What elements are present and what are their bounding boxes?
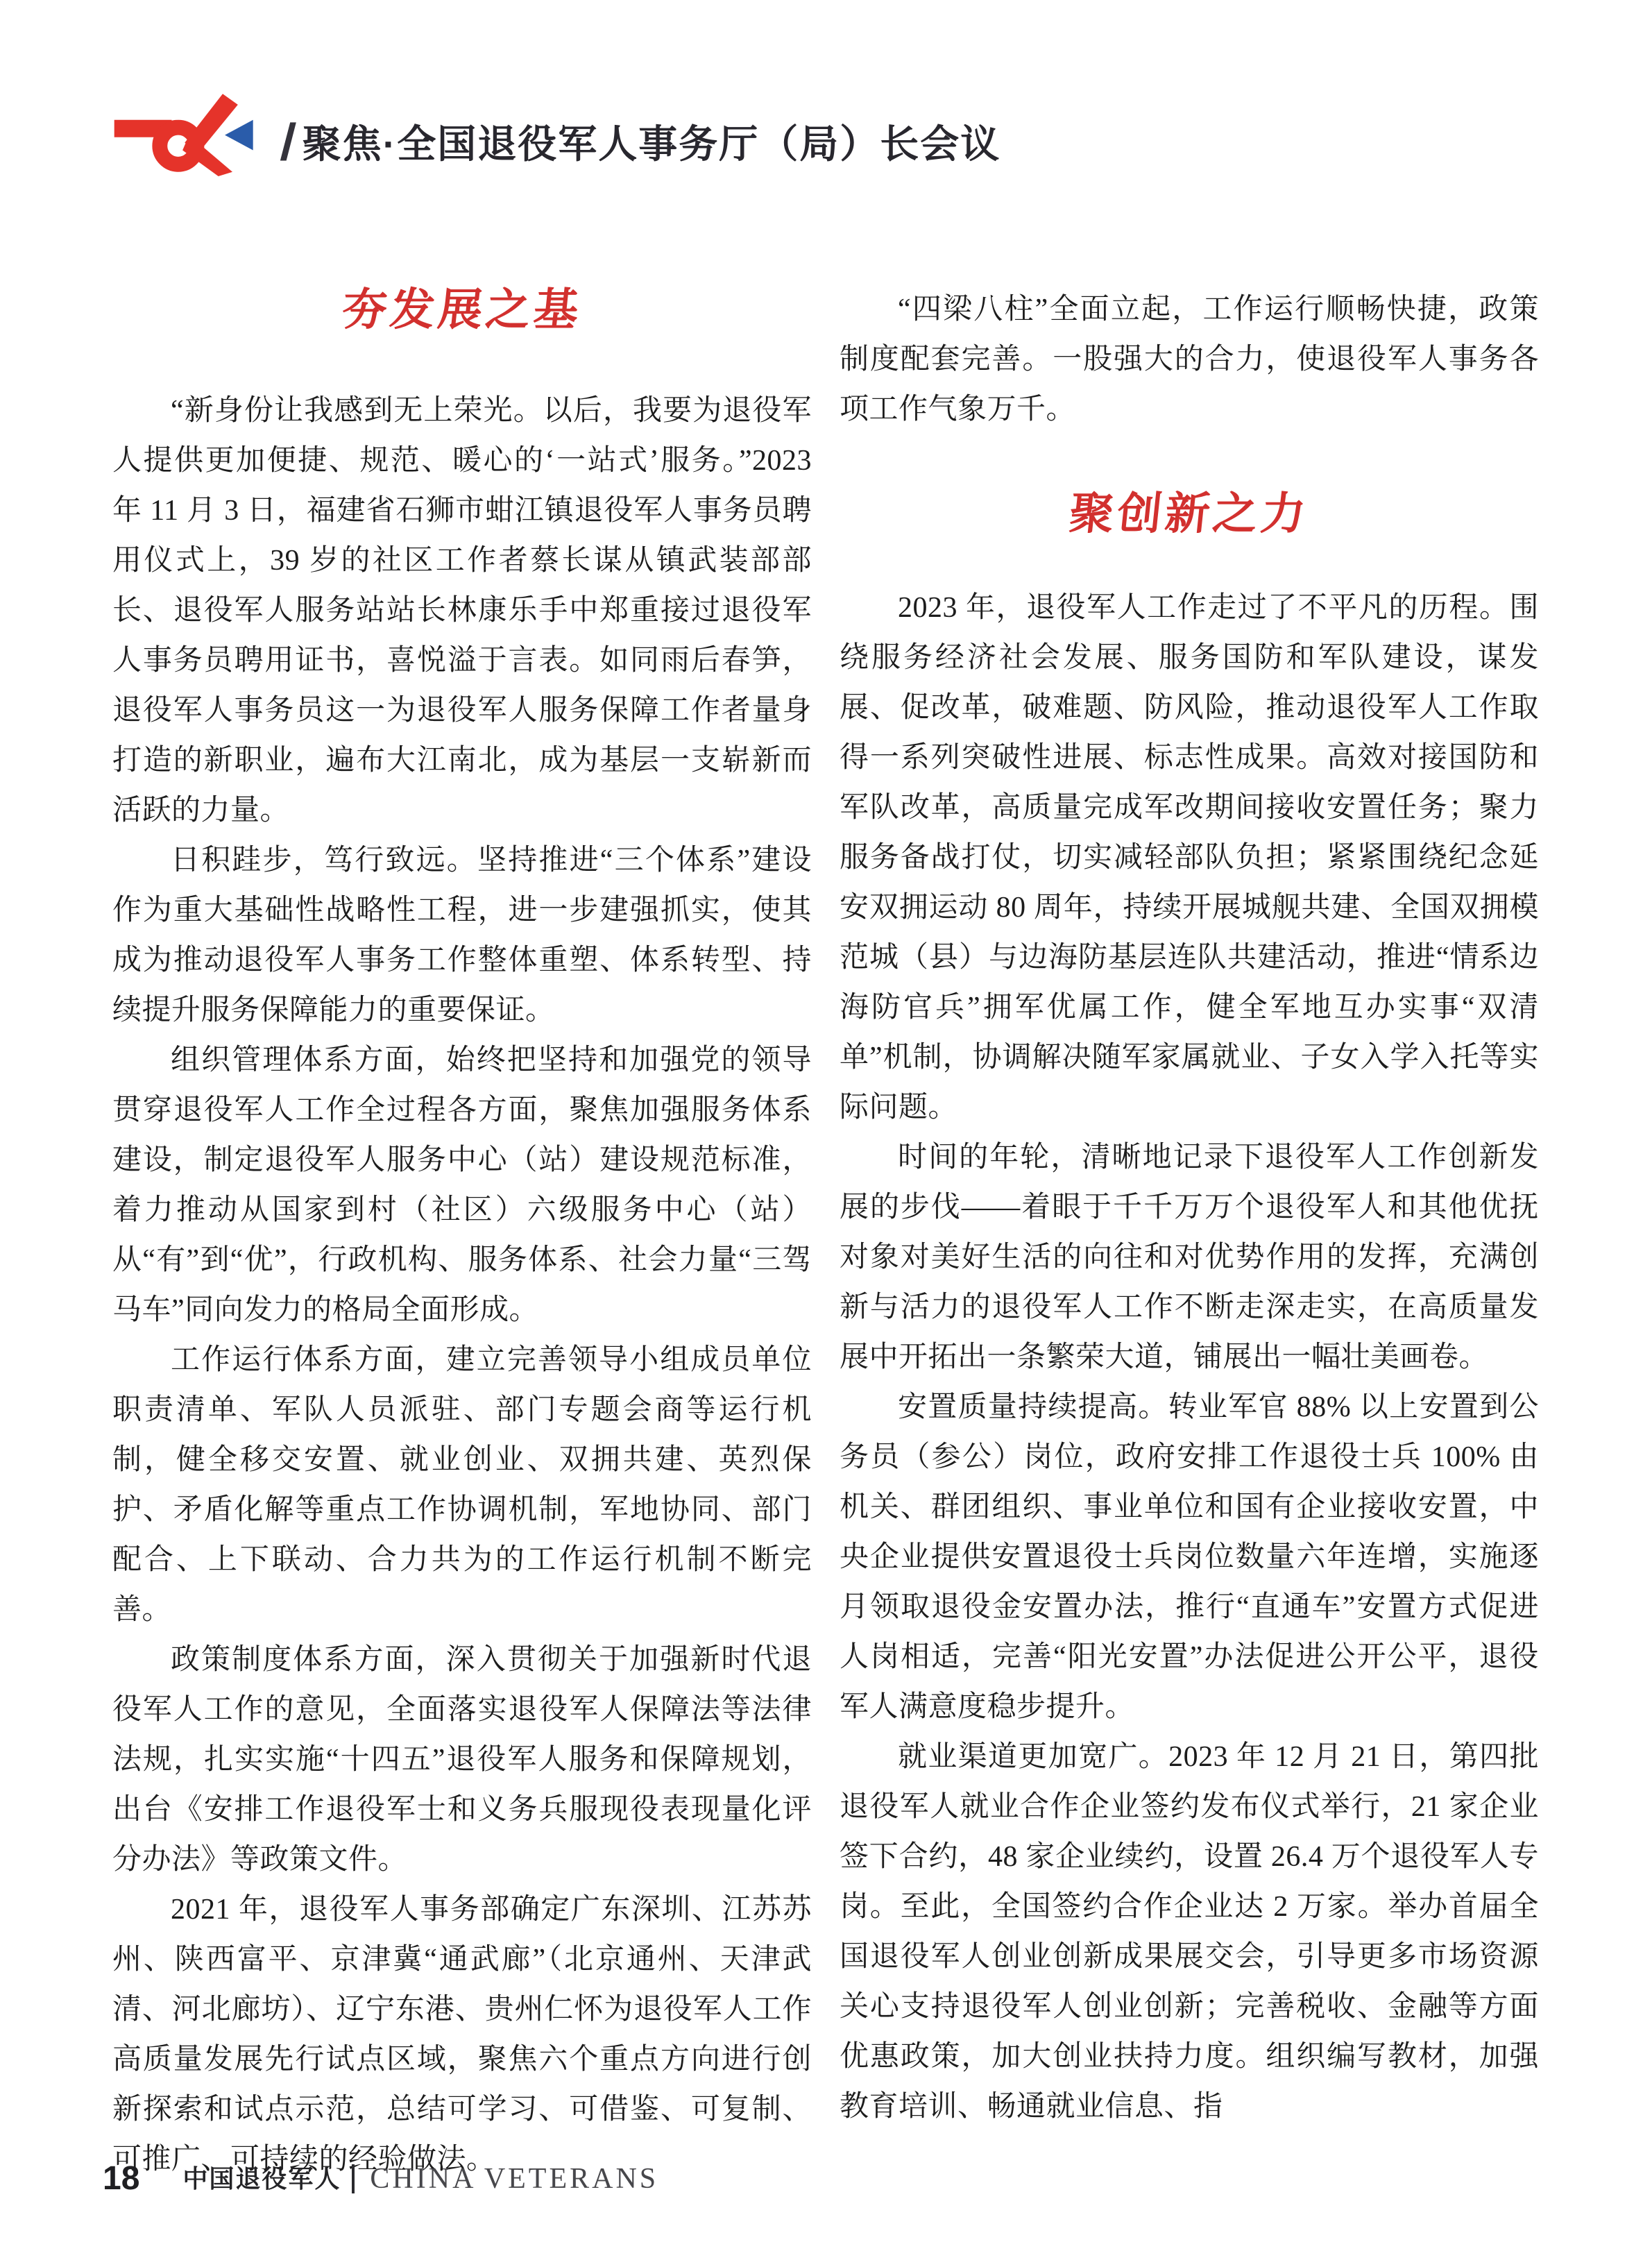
paragraph: 就业渠道更加宽广。2023 年 12 月 21 日，第四批退役军人就业合作企业签…: [840, 1732, 1539, 2132]
footer-divider: [352, 2164, 355, 2193]
page-header-title: 聚焦·全国退役军人事务厅（局）长会议: [303, 121, 1001, 164]
right-column: “四梁八柱”全面立起，工作运行顺畅快捷，政策制度配套完善。一股强大的合力，使退役…: [840, 285, 1539, 2132]
page-header: / 聚焦·全国退役军人事务厅（局）长会议: [108, 101, 1000, 183]
magazine-name-cn: 中国退役军人: [182, 2166, 341, 2191]
paragraph: 工作运行体系方面，建立完善领导小组成员单位职责清单、军队人员派驻、部门专题会商等…: [112, 1335, 812, 1635]
left-column: 夯发展之基 “新身份让我感到无上荣光。以后，我要为退役军人提供更加便捷、规范、暖…: [112, 285, 812, 2184]
paragraph: 政策制度体系方面，深入贯彻关于加强新时代退役军人工作的意见，全面落实退役军人保障…: [112, 1635, 812, 1885]
paragraph: 组织管理体系方面，始终把坚持和加强党的领导贯穿退役军人工作全过程各方面，聚焦加强…: [112, 1035, 812, 1335]
section-heading-development: 夯发展之基: [110, 285, 815, 334]
paragraph: “四梁八柱”全面立起，工作运行顺畅快捷，政策制度配套完善。一股强大的合力，使退役…: [840, 285, 1539, 434]
magazine-name-en: CHINA VETERANS: [370, 2164, 658, 2193]
page-number: 18: [103, 2162, 139, 2196]
paragraph: 时间的年轮，清晰地记录下退役军人工作创新发展的步伐——着眼于千千万万个退役军人和…: [840, 1132, 1539, 1382]
paragraph: “新身份让我感到无上荣光。以后，我要为退役军人提供更加便捷、规范、暖心的‘一站式…: [112, 386, 812, 835]
paragraph: 安置质量持续提高。转业军官 88% 以上安置到公务员（参公）岗位，政府安排工作退…: [840, 1382, 1539, 1732]
magazine-page: / 聚焦·全国退役军人事务厅（局）长会议 夯发展之基 “新身份让我感到无上荣光。…: [0, 0, 1652, 2242]
section-heading-innovation: 聚创新之力: [837, 489, 1542, 538]
page-footer: 18 中国退役军人 CHINA VETERANS: [103, 2159, 658, 2198]
paragraph: 2023 年，退役军人工作走过了不平凡的历程。围绕服务经济社会发展、服务国防和军…: [840, 583, 1539, 1132]
paragraph: 日积跬步，笃行致远。坚持推进“三个体系”建设作为重大基础性战略性工程，进一步建强…: [112, 835, 812, 1035]
paragraph: 2021 年，退役军人事务部确定广东深圳、江苏苏州、陕西富平、京津冀“通武廊”（…: [112, 1885, 812, 2184]
